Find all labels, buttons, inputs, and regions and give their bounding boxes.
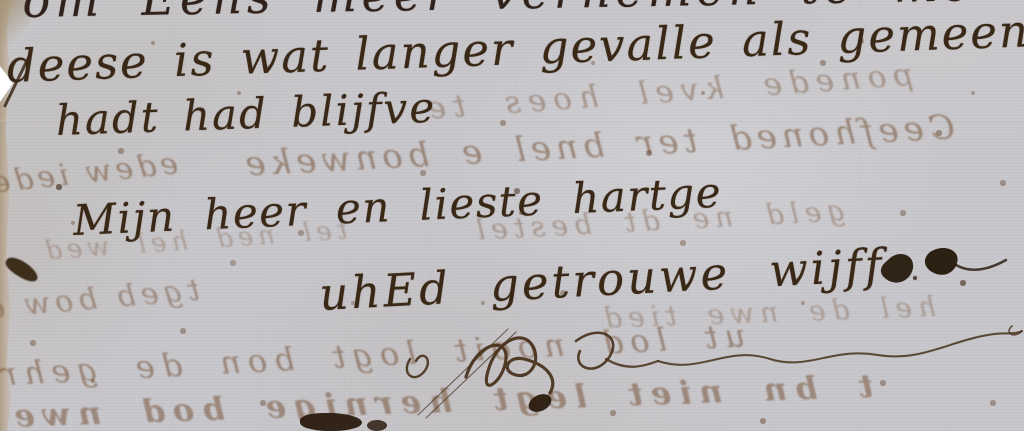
ink-speckles xyxy=(0,0,2,2)
handwriting-line-3: hadt had blijfve xyxy=(55,83,437,145)
signature-flourish xyxy=(380,315,1024,431)
ink-smudge xyxy=(3,254,41,286)
ink-blot xyxy=(300,413,362,431)
ink-blot-pair xyxy=(868,238,1018,300)
manuscript-scan: ponede kvel hoes te Ceefhoned ter bnel e… xyxy=(0,0,1024,431)
